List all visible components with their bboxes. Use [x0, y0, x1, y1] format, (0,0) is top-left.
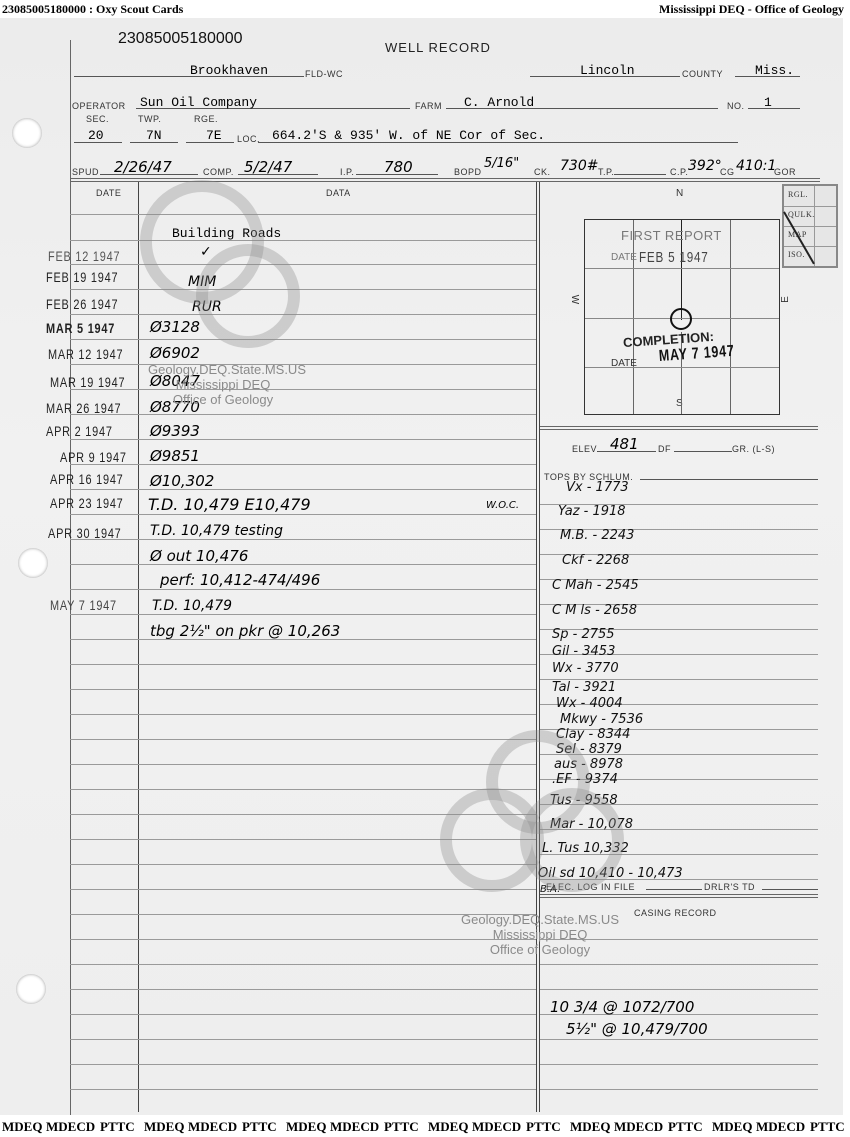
rge-value: 7E — [206, 128, 222, 143]
footer-item: MDEQ — [286, 1119, 326, 1135]
elev-label: ELEV. — [572, 444, 599, 454]
punch-hole — [18, 548, 48, 578]
footer-item: MDECD — [46, 1119, 95, 1135]
footer-item: MDECD — [472, 1119, 521, 1135]
sec-label: SEC. — [86, 114, 109, 124]
first-report-label: FIRST REPORT — [621, 228, 722, 243]
formation-top: Wx - 3770 — [552, 661, 619, 676]
gor-value: 410:1 — [736, 158, 776, 174]
formation-top: Ckf - 2268 — [562, 553, 629, 568]
mdeq-logo-watermark-icon — [520, 788, 624, 892]
cg-label: CG — [720, 167, 735, 177]
well-location-icon — [670, 308, 692, 330]
formation-top: Gil - 3453 — [552, 644, 615, 659]
log-data: tbg 2½" on pkr @ 10,263 — [150, 622, 340, 640]
completion-date-label: DATE — [611, 358, 637, 369]
comp-value: 5/2/47 — [244, 158, 292, 176]
cp-label: C.P. — [670, 167, 688, 177]
log-date: APR 23 1947 — [50, 495, 124, 511]
twp-value: 7N — [146, 128, 162, 143]
drlr-td-label: DRLR'S TD — [704, 882, 755, 892]
log-data: Ø6902 — [150, 344, 200, 362]
gor-label: GOR — [774, 167, 796, 177]
api-number: 23085005180000 — [118, 30, 243, 48]
log-date: MAR 26 1947 — [46, 400, 121, 416]
field-label: FLD-WC — [305, 69, 343, 79]
header-agency: Mississippi DEQ - Office of Geology — [659, 2, 844, 17]
log-date: MAY 7 1947 — [50, 597, 117, 613]
spud-value: 2/26/47 — [114, 158, 172, 176]
casing-entry: 5½" @ 10,479/700 — [566, 1020, 708, 1038]
well-record-card: 23085005180000 WELL RECORD Brookhaven FL… — [0, 18, 843, 1115]
formation-top: Yaz - 1918 — [558, 504, 626, 519]
log-data: T.D. 10,479 E10,479 — [148, 495, 311, 514]
formation-top: Tal - 3921 — [552, 680, 616, 695]
page-footer: MDEQ MDECD PTTC MDEQ MDECD PTTC MDEQ MDE… — [0, 1115, 850, 1137]
first-report-date-label: DATE — [611, 252, 637, 263]
data-header: DATA — [326, 188, 351, 198]
log-date: APR 30 1947 — [48, 525, 122, 541]
footer-item: PTTC — [810, 1119, 845, 1135]
state-value: Miss. — [755, 63, 794, 78]
card-title: WELL RECORD — [385, 40, 491, 55]
formation-top: Vx - 1773 — [566, 480, 629, 495]
loc-label: LOC. — [237, 134, 260, 144]
punch-hole — [16, 974, 46, 1004]
formation-top: C Mah - 2545 — [552, 578, 639, 593]
location-plat-grid: FIRST REPORT DATE FEB 5 1947 COMPLETION:… — [584, 219, 780, 415]
farm-value: C. Arnold — [464, 95, 534, 110]
ip-value: 780 — [384, 158, 413, 176]
log-data: Ø out 10,476 — [150, 547, 248, 565]
punch-hole — [12, 118, 42, 148]
log-date: FEB 19 1947 — [46, 269, 118, 285]
gr-label: GR. (L-S) — [732, 444, 775, 454]
watermark-text: Geology.DEQ.State.MS.US Mississippi DEQ … — [440, 912, 640, 957]
log-data: Ø9393 — [150, 422, 200, 440]
casing-entry: 10 3/4 @ 1072/700 — [550, 998, 694, 1016]
bopd-label: BOPD — [454, 167, 482, 177]
log-date: FEB 12 1947 — [48, 248, 120, 264]
log-date: APR 16 1947 — [50, 471, 124, 487]
formation-top: M.B. - 2243 — [560, 528, 634, 543]
log-data: Ø3128 — [150, 318, 200, 336]
footer-item: MDECD — [188, 1119, 237, 1135]
footer-item: MDECD — [756, 1119, 805, 1135]
log-data: Ø9851 — [150, 447, 200, 465]
first-report-date: FEB 5 1947 — [639, 249, 709, 266]
footer-item: MDEQ — [144, 1119, 184, 1135]
formation-top: Sp - 2755 — [552, 627, 615, 642]
log-date: APR 9 1947 — [60, 449, 127, 465]
footer-item: MDEQ — [2, 1119, 42, 1135]
log-date: MAR 5 1947 — [46, 320, 115, 336]
county-value: Lincoln — [580, 63, 635, 78]
log-data: Ø10,302 — [150, 472, 214, 490]
ip-label: I.P. — [340, 167, 354, 177]
checklist-item: RGL. — [788, 190, 808, 199]
tp-label: T.P. — [598, 167, 614, 177]
section-divider — [539, 182, 540, 1112]
operator-label: OPERATOR — [72, 101, 126, 111]
twp-label: TWP. — [138, 114, 161, 124]
formation-top: Mkwy - 7536 — [560, 712, 643, 727]
formation-top: Wx - 4004 — [556, 696, 623, 711]
formation-top: C M ls - 2658 — [552, 603, 637, 618]
comp-label: COMP. — [203, 167, 234, 177]
checklist-box: RGL. QULK. MAP ISO. — [782, 184, 838, 268]
ck-label: CK. — [534, 167, 551, 177]
elev-value: 481 — [610, 435, 639, 453]
footer-item: MDEQ — [712, 1119, 752, 1135]
df-label: DF — [658, 444, 671, 454]
sec-value: 20 — [88, 128, 104, 143]
section-divider — [536, 182, 537, 1112]
completion-date: MAY 7 1947 — [658, 343, 735, 366]
footer-item: MDECD — [614, 1119, 663, 1135]
west-label: W — [569, 295, 580, 304]
margin-line — [70, 40, 71, 1115]
no-label: NO. — [727, 101, 745, 111]
spud-label: SPUD — [72, 167, 99, 177]
footer-item: PTTC — [526, 1119, 561, 1135]
footer-item: PTTC — [384, 1119, 419, 1135]
choke-value: 5/16" — [484, 156, 519, 171]
log-date: MAR 19 1947 — [50, 374, 125, 390]
log-date: MAR 12 1947 — [48, 346, 123, 362]
east-label: E — [780, 296, 791, 303]
operator-value: Sun Oil Company — [140, 95, 257, 110]
watermark-text: Geology.DEQ.State.MS.US Mississippi DEQ … — [148, 362, 298, 407]
field-value: Brookhaven — [190, 63, 268, 78]
footer-item: MDEQ — [570, 1119, 610, 1135]
log-data: T.D. 10,479 — [152, 598, 232, 614]
woc-note: W.O.C. — [486, 500, 519, 511]
header-title: 23085005180000 : Oxy Scout Cards — [2, 2, 183, 17]
footer-item: MDEQ — [428, 1119, 468, 1135]
footer-item: PTTC — [100, 1119, 135, 1135]
rge-label: RGE. — [194, 114, 218, 124]
footer-item: MDECD — [330, 1119, 379, 1135]
log-date: FEB 26 1947 — [46, 296, 118, 312]
checklist-item: QULK. — [788, 210, 815, 219]
log-data: perf: 10,412-474/496 — [160, 571, 320, 589]
footer-item: PTTC — [242, 1119, 277, 1135]
no-value: 1 — [764, 95, 772, 110]
footer-item: PTTC — [668, 1119, 703, 1135]
date-header: DATE — [96, 188, 121, 198]
mdeq-logo-watermark-icon — [196, 244, 300, 348]
date-column-divider — [138, 182, 139, 1112]
log-date: APR 2 1947 — [46, 423, 113, 439]
county-label: COUNTY — [682, 69, 723, 79]
casing-record-label: CASING RECORD — [634, 908, 717, 918]
log-data: T.D. 10,479 testing — [150, 523, 283, 539]
tp-value: 730# — [560, 158, 598, 174]
north-label: N — [676, 188, 683, 199]
farm-label: FARM — [415, 101, 442, 111]
cg-value: 392° — [688, 158, 722, 174]
checklist-item: ISO. — [788, 250, 805, 259]
loc-value: 664.2'S & 935' W. of NE Cor of Sec. — [272, 128, 545, 143]
page-header: 23085005180000 : Oxy Scout Cards Mississ… — [0, 0, 850, 18]
